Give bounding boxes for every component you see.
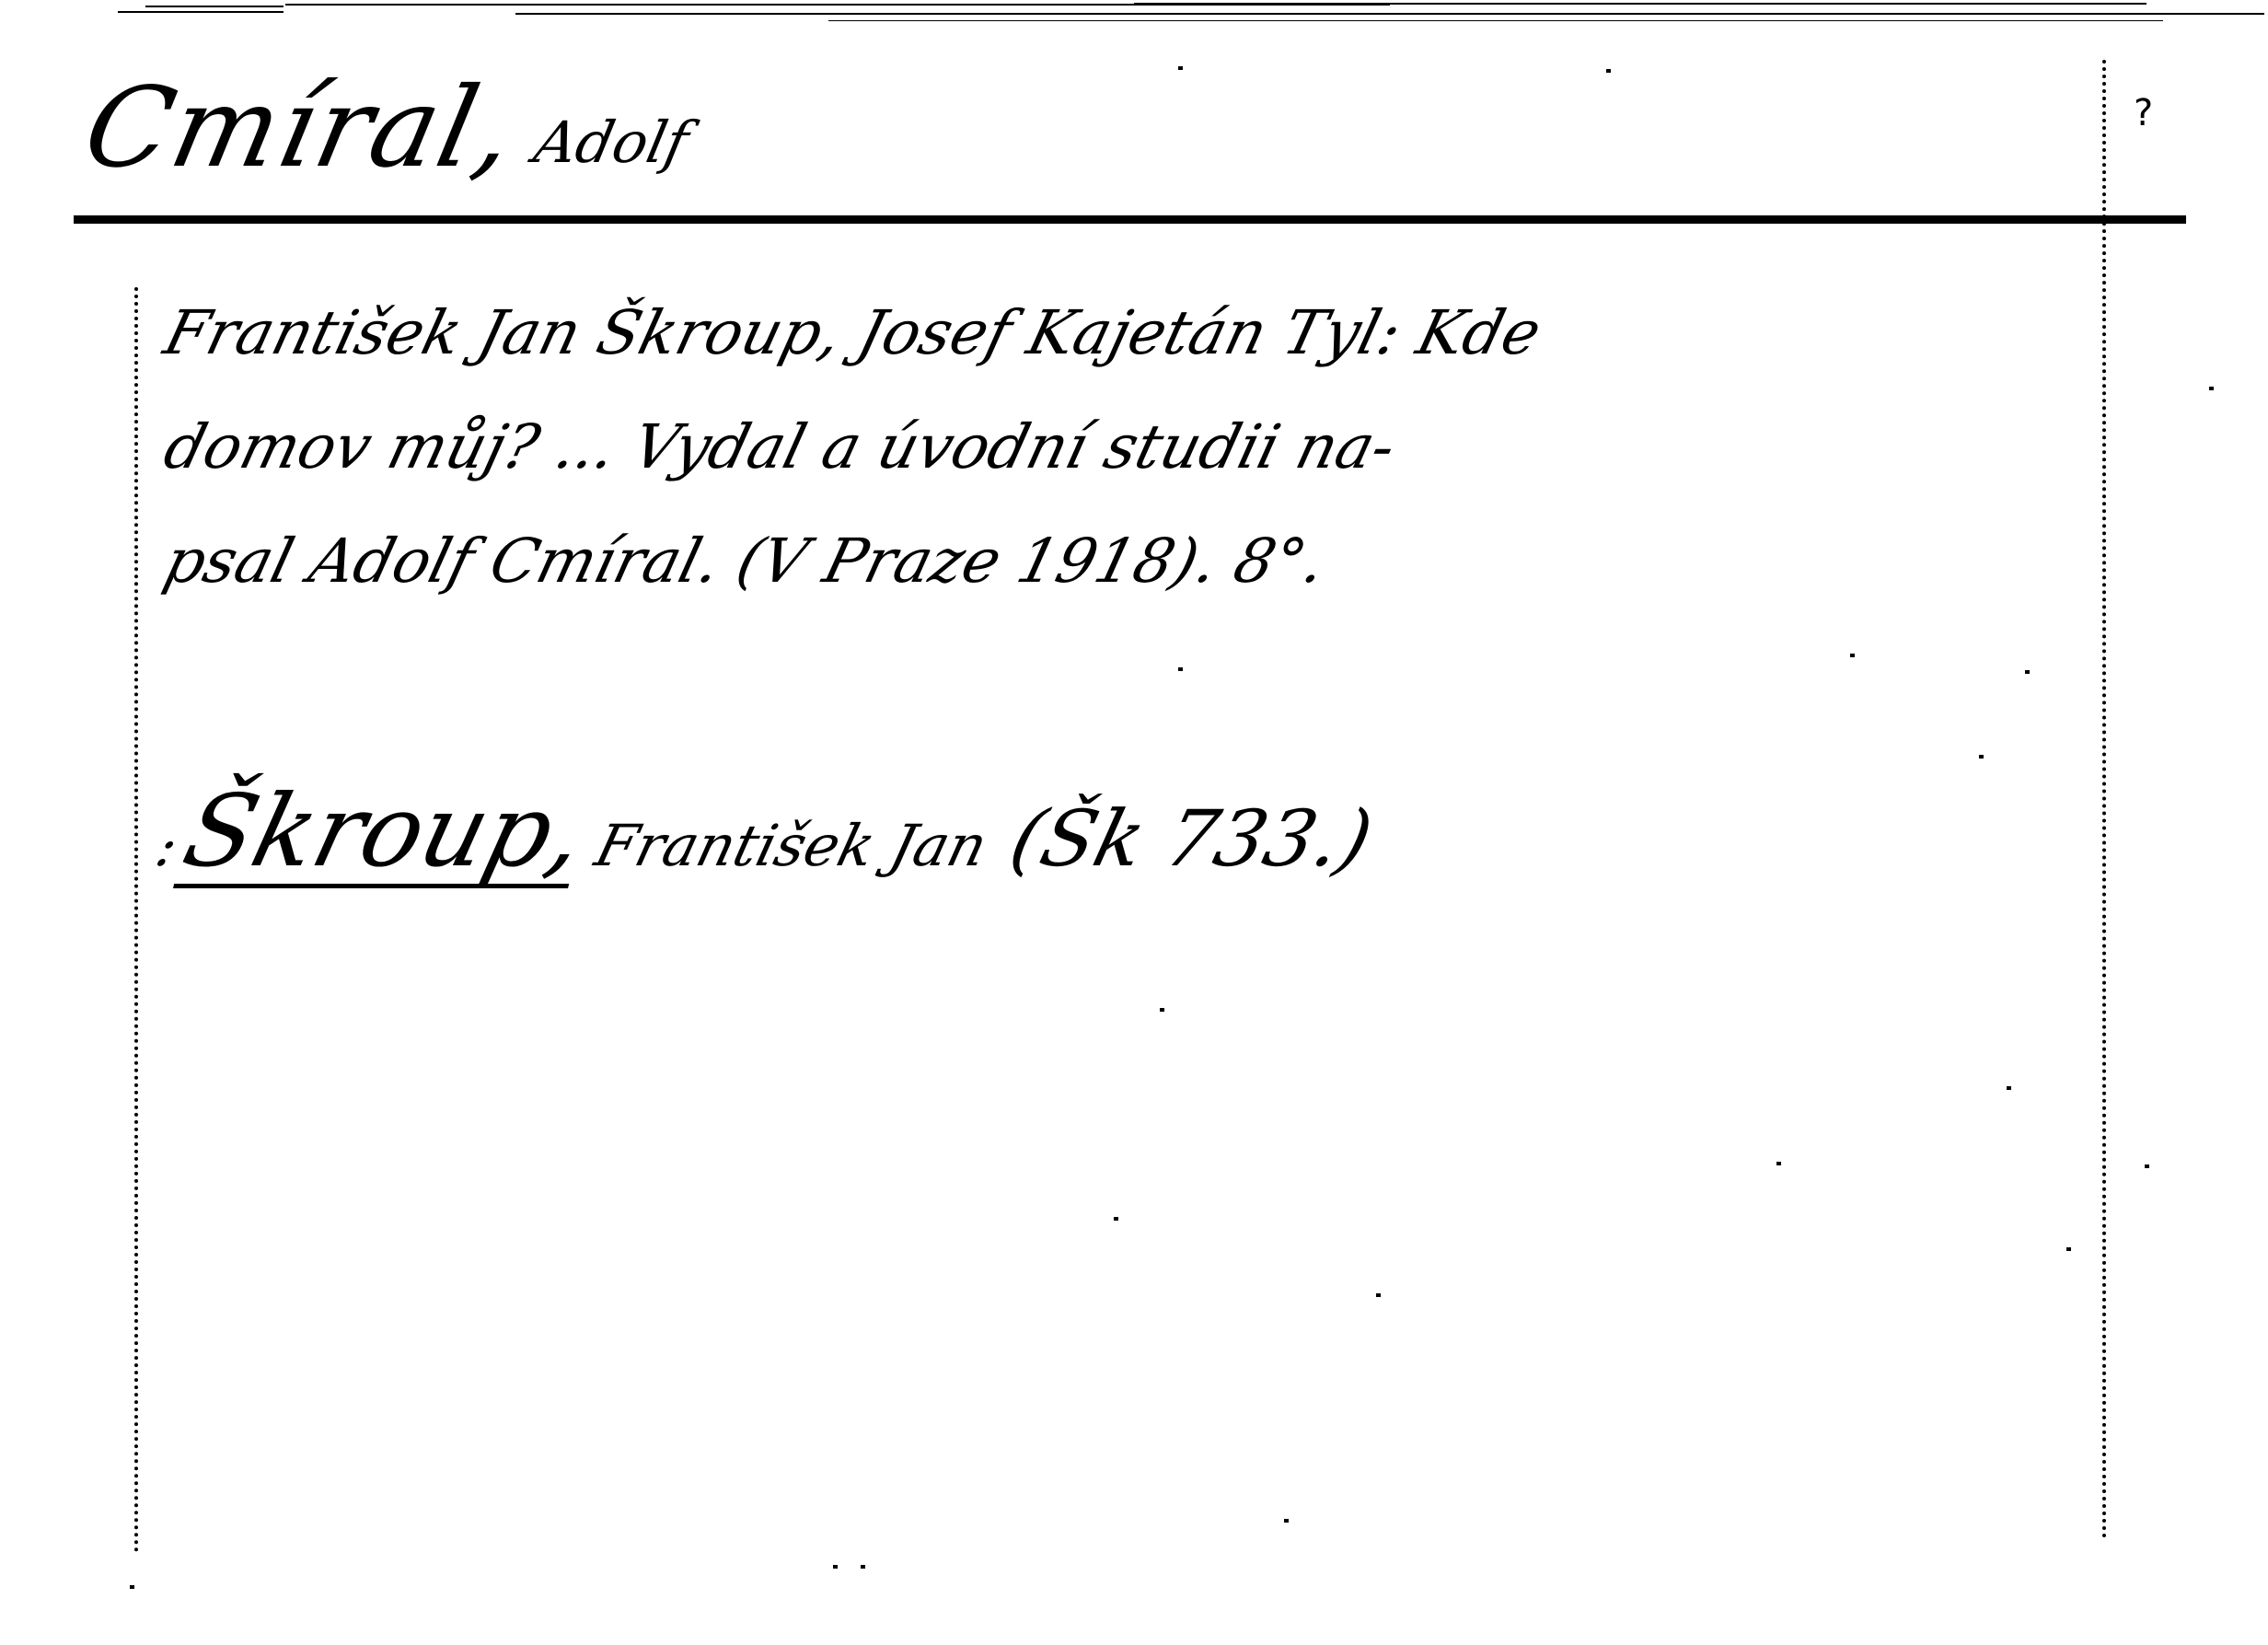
scan-speck	[2209, 387, 2214, 390]
cross-reference: : Škroup, František Jan (Šk 733.)	[147, 782, 1384, 888]
scan-speck	[1284, 1519, 1289, 1523]
scan-speck	[833, 1565, 838, 1569]
scan-speck	[1160, 1008, 1164, 1012]
scan-speck	[130, 1585, 134, 1589]
description-line-3: psal Adolf Cmíral. (V Praze 1918). 8°.	[152, 504, 2123, 619]
scan-speck	[2025, 670, 2030, 674]
scan-speck	[1850, 654, 1855, 657]
scan-edge-noise	[0, 0, 2268, 28]
author-surname: Cmíral,	[75, 74, 526, 184]
scan-speck	[1979, 755, 1984, 759]
scan-speck	[1376, 1293, 1381, 1297]
scan-speck	[861, 1565, 865, 1569]
left-dotted-margin	[134, 287, 138, 1553]
scan-speck	[2066, 1247, 2071, 1251]
author-given-name: Adolf	[530, 114, 694, 171]
scan-speck	[1114, 1217, 1118, 1221]
description-line-2: domov můj? ... Vydal a úvodní studii na-	[152, 390, 2123, 504]
scan-speck	[2007, 1086, 2011, 1090]
xref-shelfmark: (Šk 733.)	[1001, 794, 1381, 884]
corner-mark: ?	[2134, 92, 2153, 134]
heading-divider	[74, 215, 2186, 224]
scan-speck	[1776, 1162, 1781, 1165]
xref-surname: Škroup,	[173, 782, 595, 888]
scan-speck	[1606, 69, 1611, 73]
description-line-1: František Jan Škroup, Josef Kajetán Tyl:…	[152, 276, 2123, 390]
card-heading: Cmíral, Adolf	[87, 37, 688, 184]
scan-speck	[2145, 1164, 2149, 1168]
xref-given-names: František Jan	[589, 812, 994, 879]
bibliographic-description: František Jan Škroup, Josef Kajetán Tyl:…	[152, 276, 2094, 619]
scan-speck	[1178, 667, 1183, 671]
scan-speck	[1178, 66, 1183, 70]
